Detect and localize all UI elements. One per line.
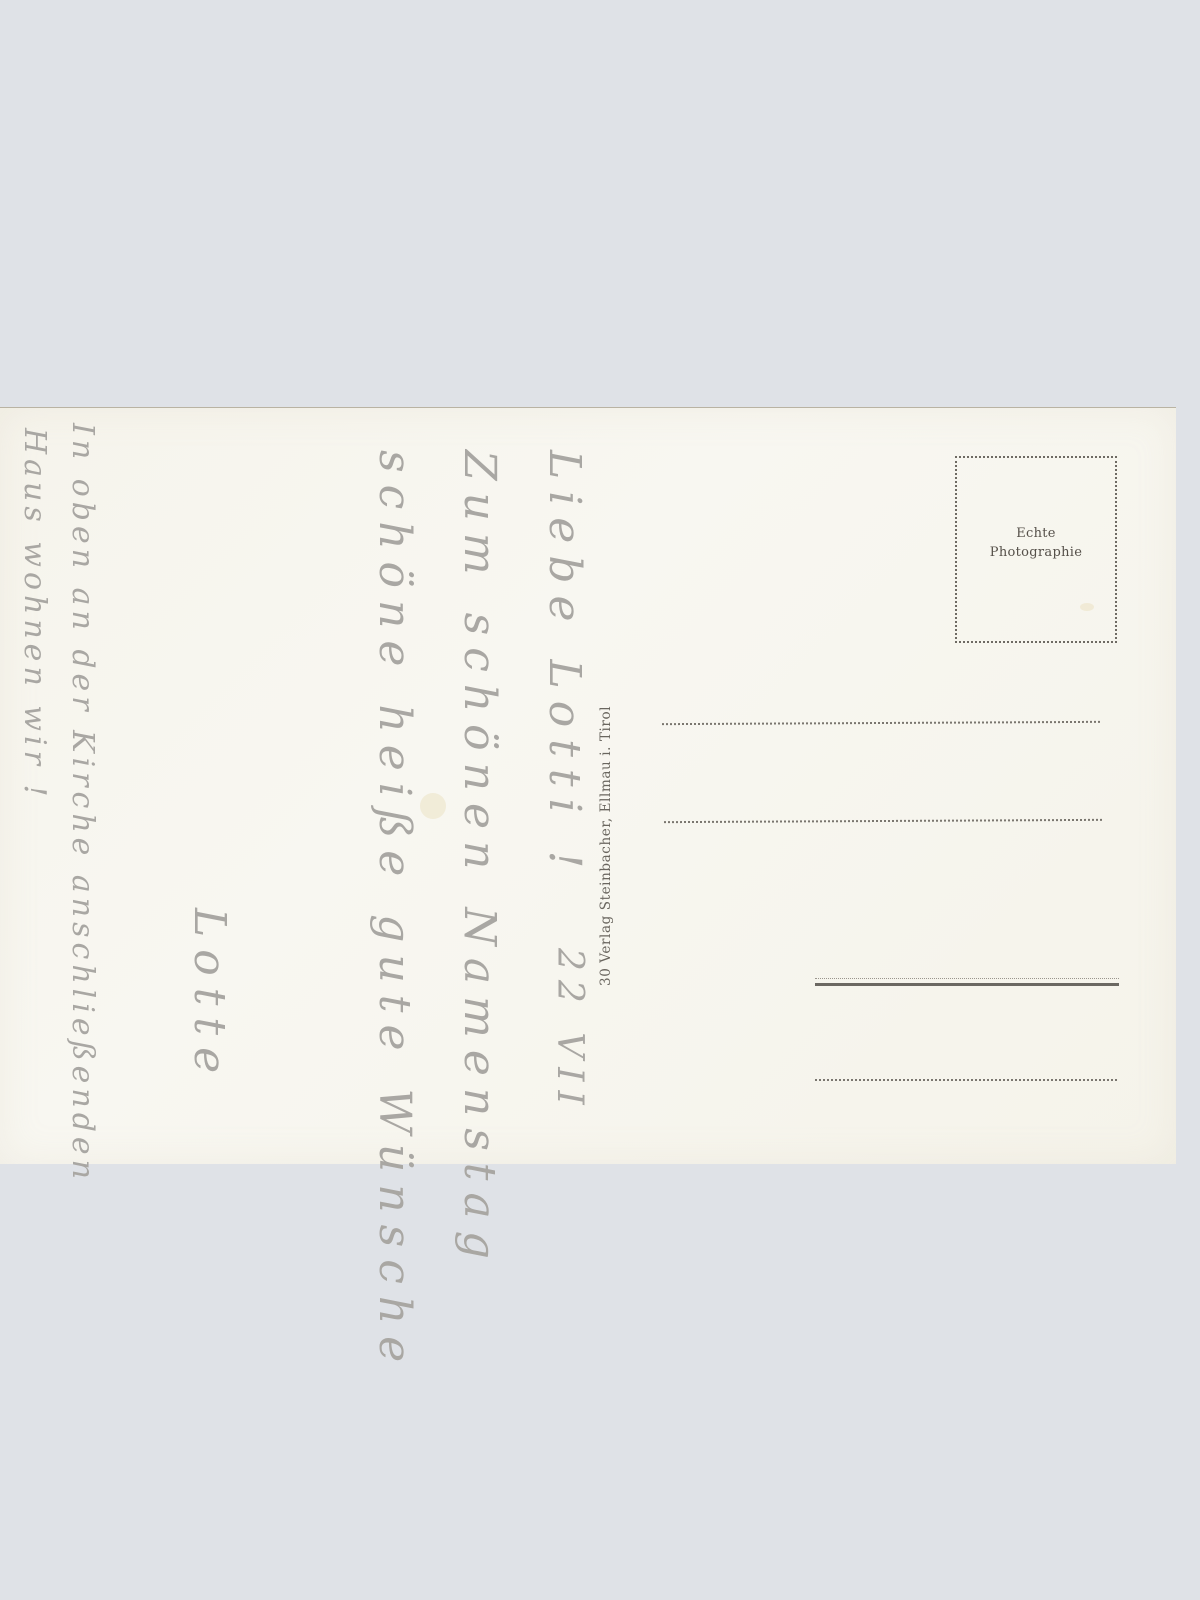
stamp-label: Echte Photographie xyxy=(957,524,1115,562)
address-line xyxy=(662,721,1100,725)
handwritten-signature: Lotte xyxy=(184,908,235,1085)
stamp-label-line2: Photographie xyxy=(957,543,1115,562)
handwritten-date: 22 VII xyxy=(549,948,590,1114)
publisher-imprint: 30 Verlag Steinbacher, Ellmau i. Tirol xyxy=(598,706,614,986)
stamp-box: Echte Photographie xyxy=(955,456,1117,643)
handwritten-postscript: Haus wohnen wir ! xyxy=(17,428,52,802)
handwritten-line: schöne heiße gute Wünsche xyxy=(369,450,420,1374)
address-line xyxy=(664,819,1102,823)
address-line xyxy=(815,983,1119,986)
handwritten-postscript: In oben an der Kirche anschließenden xyxy=(65,423,100,1184)
paper-stain xyxy=(420,793,446,819)
handwritten-line: Liebe Lotti ! xyxy=(539,450,590,880)
handwritten-line: Zum schönen Namenstag xyxy=(454,450,505,1271)
address-line xyxy=(815,1079,1117,1081)
postcard-back: Echte Photographie 30 Verlag Steinbacher… xyxy=(0,407,1176,1164)
stamp-label-line1: Echte xyxy=(957,524,1115,543)
address-line xyxy=(815,978,1119,979)
